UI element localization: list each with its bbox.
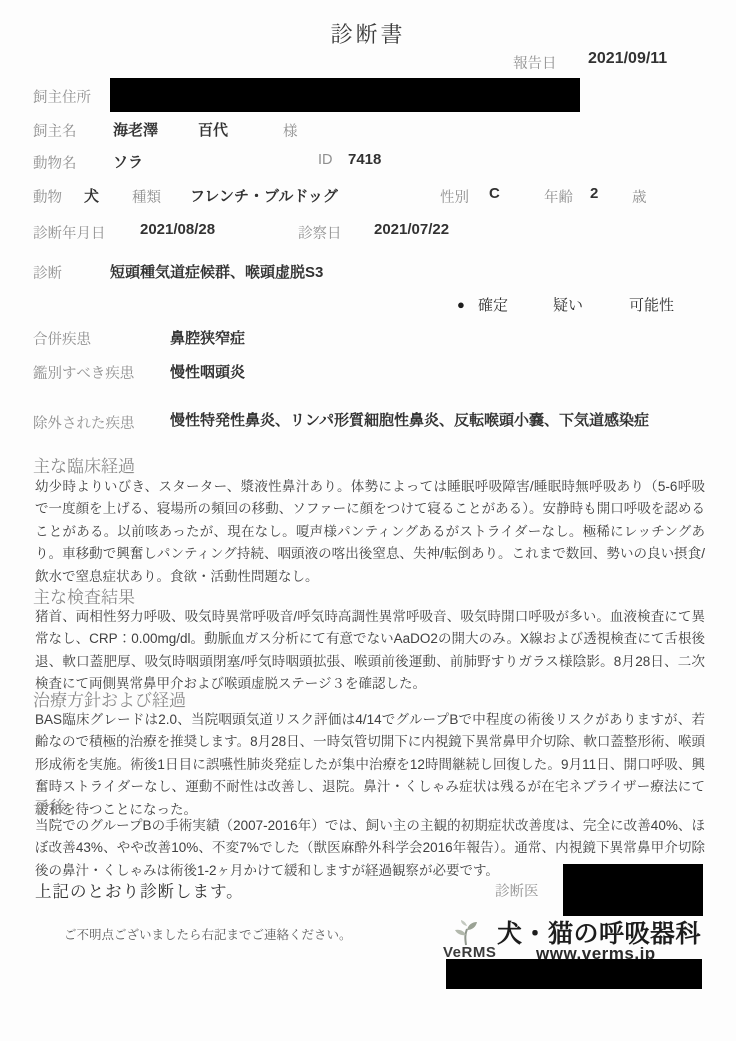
differential-value: 慢性咽頭炎 xyxy=(170,361,245,382)
clinic-address-redaction xyxy=(446,959,702,989)
breed-label: 種類 xyxy=(132,186,161,207)
comorbidity-label: 合併疾患 xyxy=(33,328,91,349)
physician-name-redaction xyxy=(563,864,703,916)
diagnosis-date-label: 診断年月日 xyxy=(33,222,106,243)
diagnosis-certificate-page: 診断書 報告日 2021/09/11 飼主住所 飼主名 海老澤 百代 様 動物名… xyxy=(0,0,736,1041)
section-heading-treatment: 治療方針および経過 xyxy=(33,686,186,711)
sex-value: C xyxy=(489,185,500,202)
age-value: 2 xyxy=(590,185,598,202)
excluded-value: 慢性特発性鼻炎、リンパ形質細胞性鼻炎、反転喉頭小嚢、下気道感染症 xyxy=(170,409,715,432)
owner-address-label: 飼主住所 xyxy=(33,86,91,107)
breed-value: フレンチ・ブルドッグ xyxy=(190,185,338,206)
section-body-treatment: BAS臨床グレードは2.0、当院咽頭気道リスク評価は4/14でグループBで中程度… xyxy=(35,709,705,821)
honorific-label: 様 xyxy=(283,120,298,141)
diagnosis-label: 診断 xyxy=(33,262,62,283)
footer-contact-note: ご不明点ございましたら右記までご連絡ください。 xyxy=(64,925,352,943)
animal-name-value: ソラ xyxy=(113,151,143,172)
diagnosis-value: 短頭種気道症候群、喉頭虚脱S3 xyxy=(110,261,323,282)
report-date-label: 報告日 xyxy=(513,52,557,73)
sex-label: 性別 xyxy=(440,186,469,207)
section-body-clinical-course: 幼少時よりいびき、スターター、漿液性鼻汁あり。体勢によっては睡眠呼吸障害/睡眠時… xyxy=(35,476,705,588)
page-title: 診断書 xyxy=(0,18,736,49)
exam-date-label: 診察日 xyxy=(298,222,342,243)
id-value: 7418 xyxy=(348,151,381,168)
owner-given-name: 百代 xyxy=(198,119,228,140)
certainty-possible-label: 可能性 xyxy=(629,294,674,315)
animal-name-label: 動物名 xyxy=(33,152,77,173)
age-unit-label: 歳 xyxy=(632,186,647,207)
owner-address-redaction xyxy=(110,78,580,112)
closing-statement: 上記のとおり診断します。 xyxy=(35,878,244,902)
id-label: ID xyxy=(318,152,333,168)
diagnosis-date-value: 2021/08/28 xyxy=(140,221,215,238)
animal-label: 動物 xyxy=(33,186,62,207)
exam-date-value: 2021/07/22 xyxy=(374,221,449,238)
comorbidity-value: 鼻腔狭窄症 xyxy=(170,327,245,348)
differential-label: 鑑別すべき疾患 xyxy=(33,362,134,383)
owner-name-label: 飼主名 xyxy=(33,120,77,141)
certainty-confirmed-label: 確定 xyxy=(478,294,508,315)
certainty-selected-bullet-icon: ● xyxy=(457,297,465,312)
physician-label: 診断医 xyxy=(495,880,539,901)
age-label: 年齢 xyxy=(544,186,573,207)
section-heading-exam-results: 主な検査結果 xyxy=(33,583,135,608)
certainty-suspected-label: 疑い xyxy=(553,294,583,315)
excluded-label: 除外された疾患 xyxy=(33,412,135,433)
owner-family-name: 海老澤 xyxy=(113,119,158,140)
report-date-value: 2021/09/11 xyxy=(588,50,667,68)
section-body-exam-results: 猪首、両相性努力呼吸、吸気時異常呼吸音/呼気時高調性異常呼吸音、吸気時開口呼吸が… xyxy=(35,606,705,696)
animal-species: 犬 xyxy=(84,185,99,206)
section-heading-clinical-course: 主な臨床経過 xyxy=(33,452,135,477)
